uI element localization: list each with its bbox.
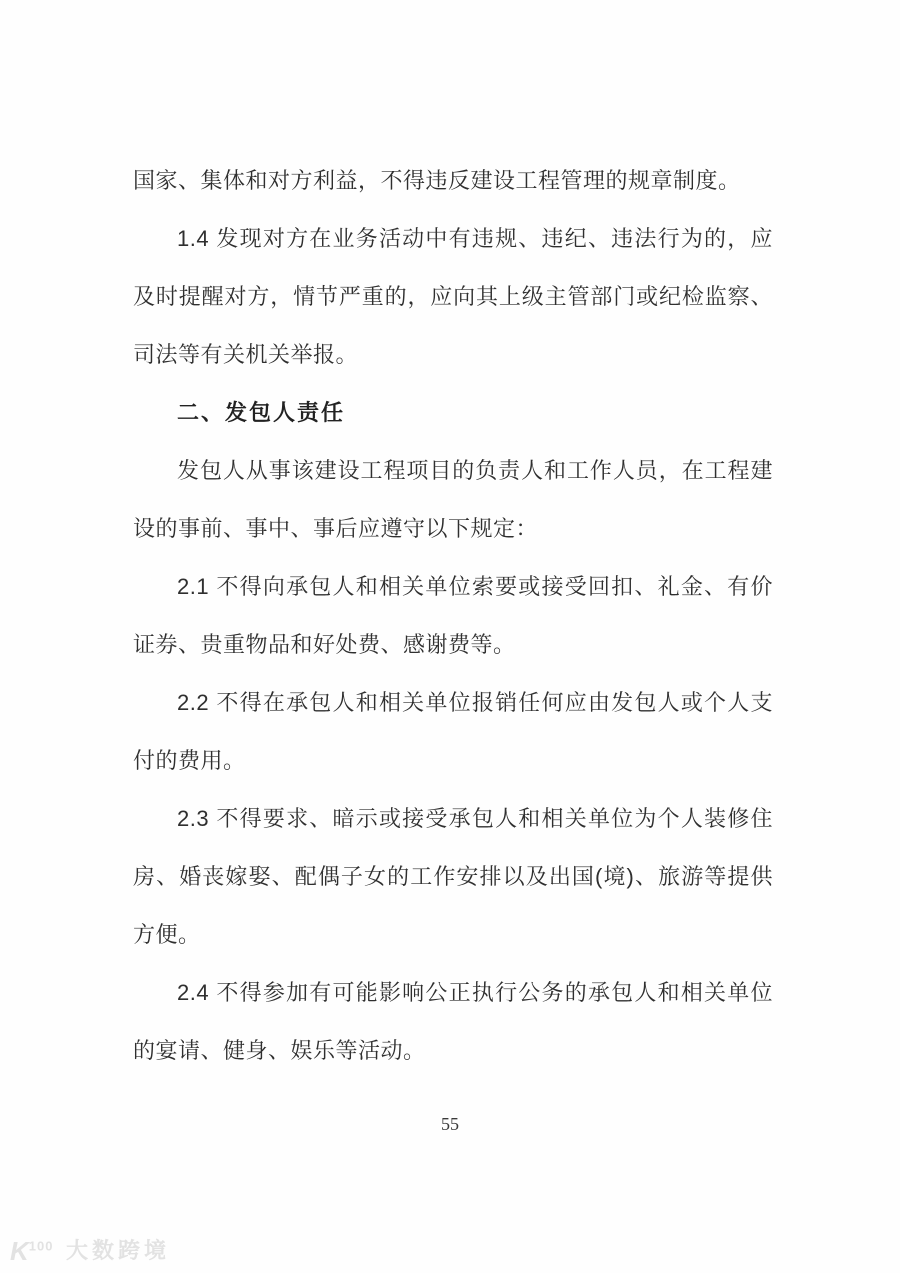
- page-number: 55: [0, 1114, 900, 1135]
- text-line: 1.4 发现对方在业务活动中有违规、违纪、违法行为的，应: [133, 210, 773, 268]
- text-line: 2.3 不得要求、暗示或接受承包人和相关单位为个人装修住: [133, 790, 773, 848]
- paragraph: 2.2 不得在承包人和相关单位报销任何应由发包人或个人支付的费用。: [133, 674, 773, 790]
- text-line: 证券、贵重物品和好处费、感谢费等。: [133, 616, 773, 674]
- text-line: 司法等有关机关举报。: [133, 326, 773, 384]
- paragraph: 1.4 发现对方在业务活动中有违规、违纪、违法行为的，应及时提醒对方，情节严重的…: [133, 210, 773, 384]
- watermark: K100 大数跨境: [10, 1234, 170, 1267]
- text-line: 付的费用。: [133, 732, 773, 790]
- document-body: 国家、集体和对方利益，不得违反建设工程管理的规章制度。1.4 发现对方在业务活动…: [133, 152, 773, 1080]
- text-line: 房、婚丧嫁娶、配偶子女的工作安排以及出国(境)、旅游等提供: [133, 848, 773, 906]
- paragraph: 发包人从事该建设工程项目的负责人和工作人员，在工程建设的事前、事中、事后应遵守以…: [133, 442, 773, 558]
- text-line: 国家、集体和对方利益，不得违反建设工程管理的规章制度。: [133, 152, 773, 210]
- document-page: 国家、集体和对方利益，不得违反建设工程管理的规章制度。1.4 发现对方在业务活动…: [0, 0, 900, 1273]
- text-line: 方便。: [133, 906, 773, 964]
- text-line: 的宴请、健身、娱乐等活动。: [133, 1022, 773, 1080]
- watermark-logo-k: K: [10, 1236, 29, 1266]
- paragraph: 2.3 不得要求、暗示或接受承包人和相关单位为个人装修住房、婚丧嫁娶、配偶子女的…: [133, 790, 773, 964]
- watermark-text: 大数跨境: [66, 1238, 170, 1263]
- watermark-logo-100: 100: [29, 1238, 54, 1253]
- text-line: 二、发包人责任: [133, 384, 773, 442]
- watermark-logo-icon: K100: [10, 1236, 53, 1266]
- paragraph: 2.4 不得参加有可能影响公正执行公务的承包人和相关单位的宴请、健身、娱乐等活动…: [133, 964, 773, 1080]
- text-line: 2.1 不得向承包人和相关单位索要或接受回扣、礼金、有价: [133, 558, 773, 616]
- text-line: 设的事前、事中、事后应遵守以下规定：: [133, 500, 773, 558]
- paragraph: 国家、集体和对方利益，不得违反建设工程管理的规章制度。: [133, 152, 773, 210]
- section-heading: 二、发包人责任: [133, 384, 773, 442]
- paragraph: 2.1 不得向承包人和相关单位索要或接受回扣、礼金、有价证券、贵重物品和好处费、…: [133, 558, 773, 674]
- text-line: 及时提醒对方，情节严重的，应向其上级主管部门或纪检监察、: [133, 268, 773, 326]
- text-line: 2.4 不得参加有可能影响公正执行公务的承包人和相关单位: [133, 964, 773, 1022]
- text-line: 2.2 不得在承包人和相关单位报销任何应由发包人或个人支: [133, 674, 773, 732]
- text-line: 发包人从事该建设工程项目的负责人和工作人员，在工程建: [133, 442, 773, 500]
